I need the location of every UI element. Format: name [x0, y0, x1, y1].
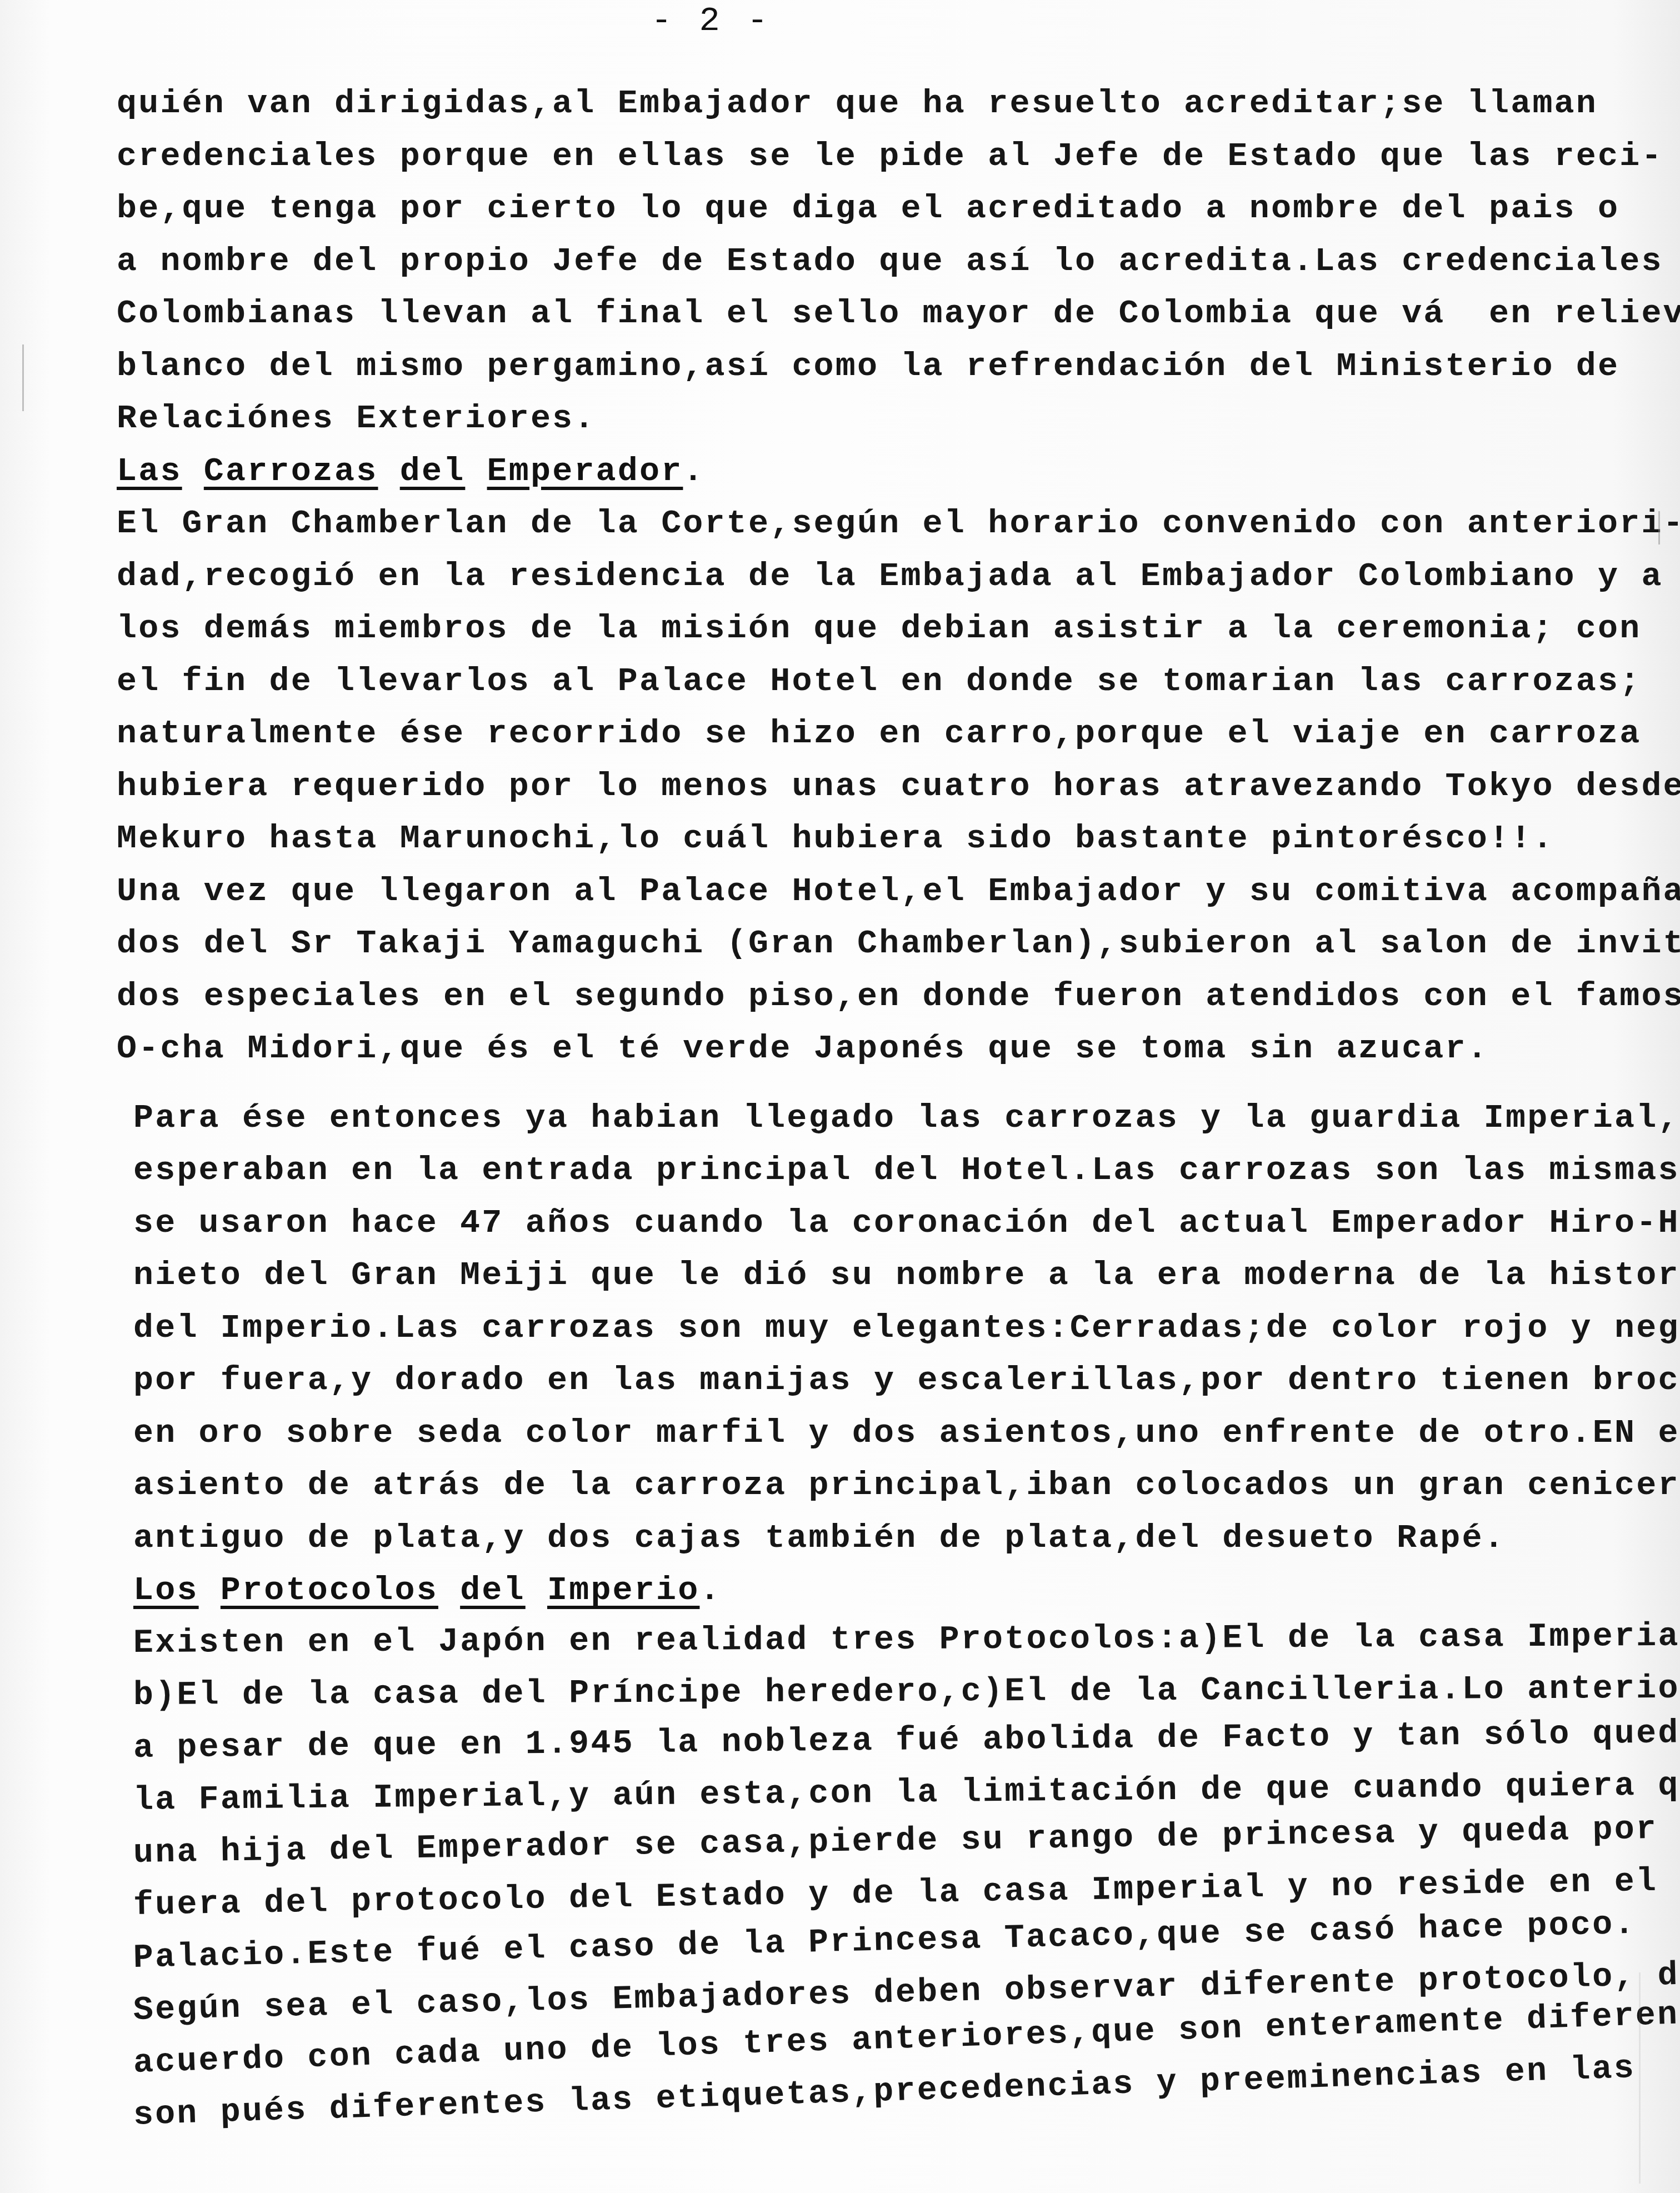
text-line: esperaban en la entrada principal del Ho… [133, 1145, 1672, 1197]
text-line: se usaron hace 47 años cuando la coronac… [133, 1197, 1672, 1250]
text-line: Relaciónes Exteriores. [117, 393, 1672, 446]
text-line: Mekuro hasta Marunochi,lo cuál hubiera s… [117, 813, 1672, 866]
text-line: credenciales porque en ellas se le pide … [117, 131, 1672, 183]
typewritten-page: - 2 - quién van dirigidas,al Embajador q… [0, 0, 1680, 2193]
text-line: blanco del mismo pergamino,así como la r… [117, 341, 1672, 393]
text-line: Colombianas llevan al final el sello may… [117, 288, 1672, 341]
scan-artifact [1639, 1972, 1641, 2184]
text-line: a nombre del propio Jefe de Estado que a… [117, 236, 1672, 288]
text-line: Existen en el Japón en realidad tres Pro… [133, 1610, 1672, 1670]
section-carrozas-paragraph-1: El Gran Chamberlan de la Corte,según el … [117, 498, 1672, 1076]
text-line: por fuera,y dorado en las manijas y esca… [133, 1355, 1672, 1407]
text-line: dos especiales en el segundo piso,en don… [117, 971, 1672, 1023]
section-heading-protocolos: Los Protocolos del Imperio. [133, 1565, 1672, 1617]
text-line: Para ése entonces ya habian llegado las … [133, 1092, 1672, 1145]
text-line: del Imperio.Las carrozas son muy elegant… [133, 1302, 1672, 1355]
text-line: los demás miembros de la misión que debi… [117, 603, 1672, 656]
text-line: asiento de atrás de la carroza principal… [133, 1460, 1672, 1512]
section-carrozas-paragraph-2: Para ése entonces ya habian llegado las … [133, 1092, 1672, 1565]
paragraph-gap [117, 1076, 1672, 1092]
text-line: nieto del Gran Meiji que le dió su nombr… [133, 1250, 1672, 1302]
scan-artifact [1658, 511, 1660, 544]
text-line: hubiera requerido por lo menos unas cuat… [117, 761, 1672, 813]
text-line: O-cha Midori,que és el té verde Japonés … [117, 1023, 1672, 1076]
text-line: en oro sobre seda color marfil y dos asi… [133, 1407, 1672, 1460]
text-line: quién van dirigidas,al Embajador que ha … [117, 78, 1672, 131]
text-line: dad,recogió en la residencia de la Embaj… [117, 551, 1672, 603]
section-credenciales: quién van dirigidas,al Embajador que ha … [117, 78, 1672, 446]
document-body: quién van dirigidas,al Embajador que ha … [117, 78, 1672, 2142]
text-line: El Gran Chamberlan de la Corte,según el … [117, 498, 1672, 551]
text-line: be,que tenga por cierto lo que diga el a… [117, 183, 1672, 236]
section-protocolos: Existen en el Japón en realidad tres Pro… [133, 1617, 1672, 2142]
text-line: Una vez que llegaron al Palace Hotel,el … [117, 866, 1672, 918]
scan-artifact [22, 344, 24, 411]
text-line: dos del Sr Takaji Yamaguchi (Gran Chambe… [117, 918, 1672, 971]
text-line: antiguo de plata,y dos cajas también de … [133, 1512, 1672, 1565]
text-line: naturalmente ése recorrido se hizo en ca… [117, 708, 1672, 761]
text-line: el fin de llevarlos al Palace Hotel en d… [117, 656, 1672, 708]
section-heading-carrozas: Las Carrozas del Emperador. [117, 446, 1672, 498]
page-number: - 2 - [0, 1, 1422, 41]
